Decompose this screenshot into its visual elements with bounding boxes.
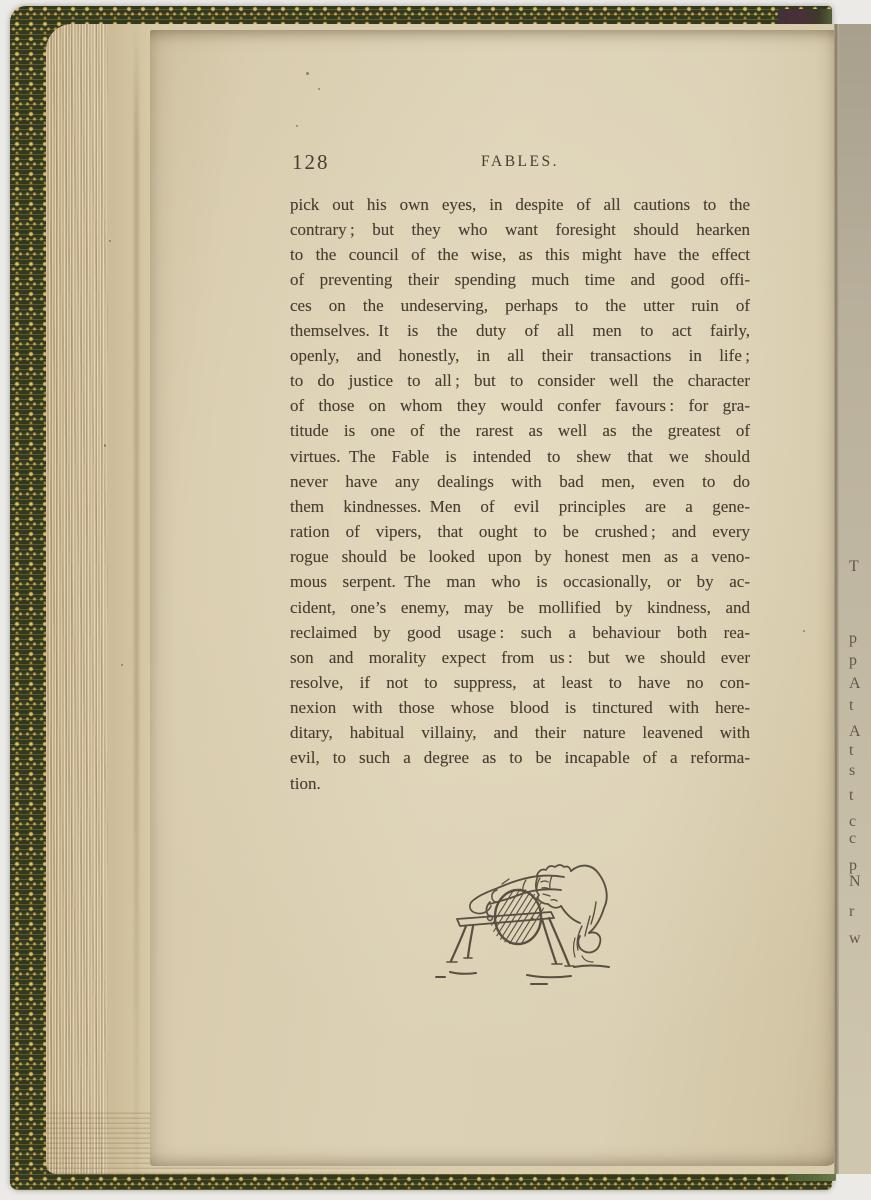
next-page-text-fragment: r bbox=[849, 903, 854, 921]
text-line: pick out his own eyes, in despite of all… bbox=[290, 192, 750, 217]
next-page-text-fragment: p bbox=[849, 630, 857, 648]
page-header: 128 FABLES. bbox=[290, 150, 750, 180]
text-line: to do justice to all ; but to consider w… bbox=[290, 368, 750, 393]
text-line: themselves. It is the duty of all men to… bbox=[290, 318, 750, 343]
text-block: 128 FABLES. pick out his own eyes, in de… bbox=[290, 150, 750, 180]
text-line: virtues. The Fable is intended to shew t… bbox=[290, 444, 750, 469]
text-line: contrary ; but they who want foresight s… bbox=[290, 217, 750, 242]
text-line: never have any dealings with bad men, ev… bbox=[290, 469, 750, 494]
text-line: ditary, habitual villainy, and their nat… bbox=[290, 720, 750, 745]
running-head: FABLES. bbox=[290, 153, 750, 171]
next-page-text-fragment: p bbox=[849, 652, 857, 670]
foxing-speck bbox=[306, 72, 309, 75]
next-page-text-fragment: A bbox=[849, 675, 861, 693]
next-page-text-fragment: t bbox=[849, 697, 853, 715]
foxing-speck bbox=[121, 664, 123, 666]
foxing-speck bbox=[296, 125, 298, 127]
text-line: ration of vipers, that ought to be crush… bbox=[290, 519, 750, 544]
foxing-speck bbox=[318, 88, 320, 90]
book-photo: 128 FABLES. pick out his own eyes, in de… bbox=[0, 0, 871, 1200]
book-page: 128 FABLES. pick out his own eyes, in de… bbox=[150, 30, 838, 1166]
text-line: mous serpent. The man who is occasionall… bbox=[290, 569, 750, 594]
text-line: openly, and honestly, in all their trans… bbox=[290, 343, 750, 368]
next-page-text-fragment: c bbox=[849, 830, 856, 848]
text-line: cident, one’s enemy, may be mollified by… bbox=[290, 595, 750, 620]
paragraph: pick out his own eyes, in despite of all… bbox=[290, 192, 750, 796]
fore-edge-striations bbox=[46, 24, 108, 1174]
next-page-text-fragment: t bbox=[849, 787, 853, 805]
text-line: ces on the undeserving, perhaps to the u… bbox=[290, 293, 750, 318]
text-line: them kindnesses. Men of evil principles … bbox=[290, 494, 750, 519]
foxing-speck bbox=[109, 240, 111, 242]
text-line: of preventing their spending much time a… bbox=[290, 267, 750, 292]
text-line: son and morality expect from us : but we… bbox=[290, 645, 750, 670]
foxing-speck bbox=[803, 630, 805, 632]
text-line: nexion with those whose blood is tinctur… bbox=[290, 695, 750, 720]
text-line: resolve, if not to suppress, at least to… bbox=[290, 670, 750, 695]
text-line: evil, to such a degree as to be incapabl… bbox=[290, 745, 750, 770]
text-line: titude is one of the rarest as well as t… bbox=[290, 418, 750, 443]
text-line: to the council of the wise, as this migh… bbox=[290, 242, 750, 267]
text-line: of those on whom they would confer favou… bbox=[290, 393, 750, 418]
next-page-text-fragment: T bbox=[849, 558, 859, 576]
foxing-speck bbox=[104, 444, 106, 447]
next-page-sliver: T p p A t A t s t c c p N r w bbox=[839, 24, 871, 1174]
text-line: reclaimed by good usage : such a behavio… bbox=[290, 620, 750, 645]
next-page-text-fragment: s bbox=[849, 762, 855, 780]
page-stain-crease bbox=[134, 24, 139, 1174]
next-page-text-fragment: c bbox=[849, 813, 856, 831]
text-line: tion. bbox=[290, 771, 750, 796]
vignette-man-at-grindstone-illustration bbox=[430, 838, 642, 1000]
next-page-text-fragment: A bbox=[849, 723, 861, 741]
text-line: rogue should be looked upon by honest me… bbox=[290, 544, 750, 569]
next-page-text-fragment: N bbox=[849, 873, 861, 891]
next-page-text-fragment: t bbox=[849, 742, 853, 760]
next-page-text-fragment: w bbox=[849, 930, 861, 948]
